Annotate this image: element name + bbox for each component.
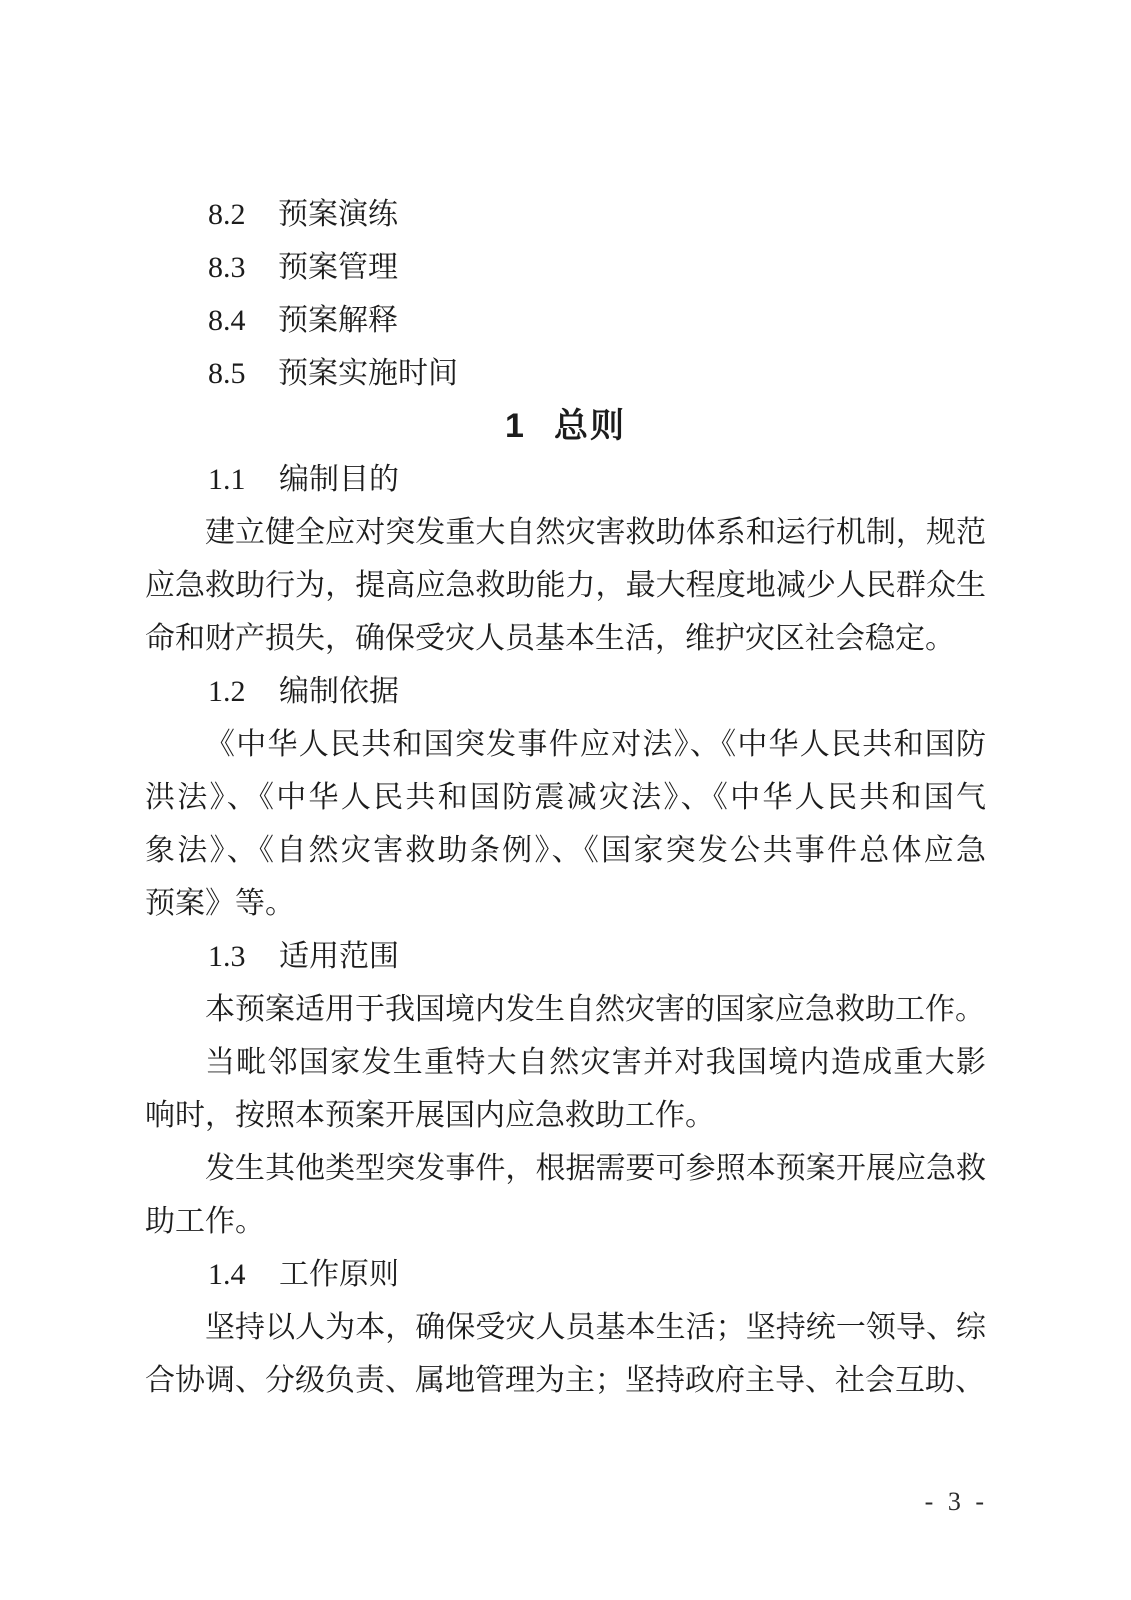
section-number: 1.3: [208, 930, 279, 983]
section-title: 适用范围: [279, 940, 399, 973]
body-line: 命和财产损失，确保受灾人员基本生活，维护灾区社会稳定。: [145, 612, 986, 665]
section-title: 编制依据: [279, 675, 399, 708]
body-line: 本预案适用于我国境内发生自然灾害的国家应急救助工作。: [145, 983, 986, 1036]
toc-item-number: 8.2: [208, 188, 278, 241]
section-number: 1.1: [208, 453, 279, 506]
body-line: 应急救助行为，提高应急救助能力，最大程度地减少人民群众生: [145, 559, 986, 612]
toc-item: 8.3预案管理: [145, 241, 986, 294]
chapter-title: 总则: [554, 407, 626, 445]
body-line: 《中华人民共和国突发事件应对法》、《中华人民共和国防: [145, 718, 986, 771]
body-line: 合协调、分级负责、属地管理为主；坚持政府主导、社会互助、: [145, 1354, 986, 1407]
toc-item: 8.4预案解释: [145, 294, 986, 347]
sections: 1.1编制目的 建立健全应对突发重大自然灾害救助体系和运行机制，规范应急救助行为…: [145, 453, 986, 1407]
page-number: - 3 -: [925, 1487, 988, 1517]
body-line: 坚持以人为本，确保受灾人员基本生活；坚持统一领导、综: [145, 1301, 986, 1354]
toc-item: 8.2预案演练: [145, 188, 986, 241]
document-page: 8.2预案演练 8.3预案管理 8.4预案解释 8.5预案实施时间 1总则 1.…: [0, 0, 1131, 1600]
toc-list: 8.2预案演练 8.3预案管理 8.4预案解释 8.5预案实施时间: [145, 188, 986, 400]
section-heading: 1.3适用范围: [145, 930, 986, 983]
chapter-number: 1: [505, 407, 524, 445]
section-number: 1.2: [208, 665, 279, 718]
body-line: 响时，按照本预案开展国内应急救助工作。: [145, 1089, 986, 1142]
section-title: 编制目的: [279, 463, 399, 496]
body-line: 象法》、《自然灾害救助条例》、《国家突发公共事件总体应急: [145, 824, 986, 877]
document-body: 8.2预案演练 8.3预案管理 8.4预案解释 8.5预案实施时间 1总则 1.…: [145, 188, 986, 1407]
toc-item-label: 预案实施时间: [278, 357, 458, 390]
section-number: 1.4: [208, 1248, 279, 1301]
section-title: 工作原则: [279, 1258, 399, 1291]
section-heading: 1.2编制依据: [145, 665, 986, 718]
toc-item-label: 预案管理: [278, 251, 398, 284]
body-line: 助工作。: [145, 1195, 986, 1248]
toc-item: 8.5预案实施时间: [145, 347, 986, 400]
chapter-heading: 1总则: [145, 400, 986, 453]
body-line: 发生其他类型突发事件，根据需要可参照本预案开展应急救: [145, 1142, 986, 1195]
body-line: 当毗邻国家发生重特大自然灾害并对我国境内造成重大影: [145, 1036, 986, 1089]
toc-item-label: 预案解释: [278, 304, 398, 337]
section-heading: 1.4工作原则: [145, 1248, 986, 1301]
toc-item-number: 8.4: [208, 294, 278, 347]
toc-item-number: 8.3: [208, 241, 278, 294]
toc-item-number: 8.5: [208, 347, 278, 400]
toc-item-label: 预案演练: [278, 198, 398, 231]
section-heading: 1.1编制目的: [145, 453, 986, 506]
body-line: 建立健全应对突发重大自然灾害救助体系和运行机制，规范: [145, 506, 986, 559]
body-line: 预案》等。: [145, 877, 986, 930]
body-line: 洪法》、《中华人民共和国防震减灾法》、《中华人民共和国气: [145, 771, 986, 824]
